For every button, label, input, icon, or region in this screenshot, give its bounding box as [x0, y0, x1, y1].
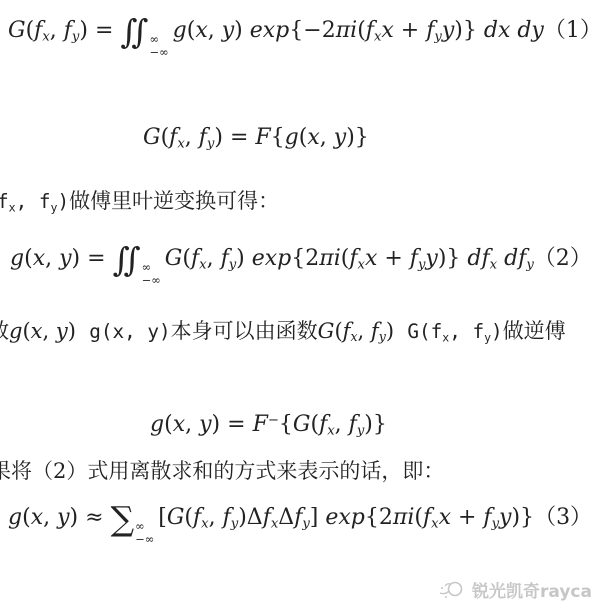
equation-1-forward-fourier-transform: G(fx, fy) = ∬∞−∞g(x, y) exp{−2πi(fxx + f…: [8, 15, 592, 60]
text-inverse-transform-intro: fx, fy)做傅里叶逆变换可得：: [0, 187, 279, 216]
equation-fourier-operator-notation: G(fx, fy) = F{g(x, y)}: [143, 123, 369, 153]
watermark: 锐光凯奇raycage: [438, 577, 592, 602]
text-discrete-sum-intro: 果将（2）式用离散求和的方式来表示的话，即：: [0, 457, 444, 485]
raycage-logo-icon: [438, 578, 466, 602]
watermark-text: 锐光凯奇raycage: [472, 577, 592, 602]
equation-inverse-operator-notation: g(x, y) = F−{G(fx, fy)}: [150, 410, 387, 440]
document-page: G(fx, fy) = ∬∞−∞g(x, y) exp{−2πi(fxx + f…: [0, 0, 592, 614]
equation-3-discrete-sum-approximation: g(x, y) ≈ ∑∞−∞[G(fx, fy)ΔfxΔfy] exp{2πi(…: [8, 502, 592, 547]
text-function-inverse-note: 数g(x, y) g(x, y)本身可以由函数G(fx, fy) G(fx, f…: [0, 317, 566, 346]
equation-2-inverse-fourier-transform: g(x, y) = ∬∞−∞G(fx, fy) exp{2πi(fxx + fy…: [10, 243, 592, 288]
